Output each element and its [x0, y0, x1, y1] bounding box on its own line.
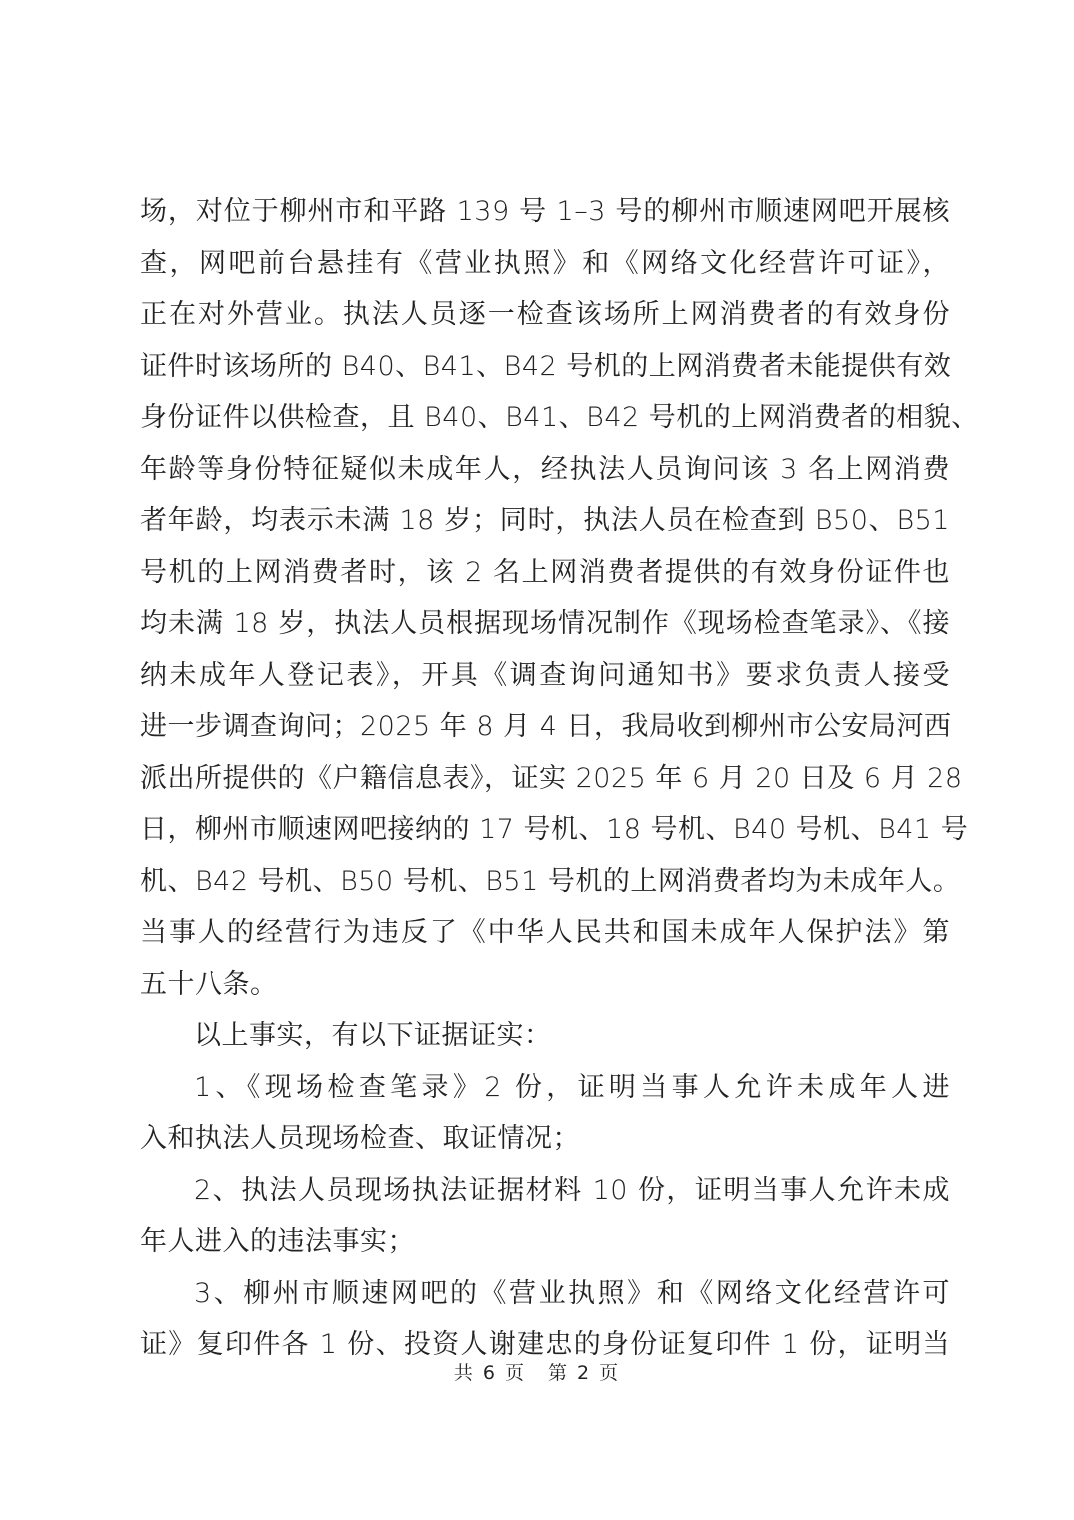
body-line-10: 纳未成年人登记表》，开具《调查询问通知书》要求负责人接受 — [140, 650, 950, 702]
body-line-14: 机、B42 号机、B50 号机、B51 号机的上网消费者均为未成年人。 — [140, 856, 950, 908]
body-line-4: 证件时该场所的 B40、B41、B42 号机的上网消费者未能提供有效 — [140, 341, 950, 393]
current-page-label: 第 2 页 — [548, 1358, 620, 1385]
body-line-3: 正在对外营业。执法人员逐一检查该场所上网消费者的有效身份 — [140, 289, 950, 341]
evidence-item-3-line-1: 3、柳州市顺速网吧的《营业执照》和《网络文化经营许可 — [140, 1268, 950, 1320]
body-line-2: 查，网吧前台悬挂有《营业执照》和《网络文化经营许可证》， — [140, 238, 950, 290]
evidence-item-2-line-1: 2、执法人员现场执法证据材料 10 份，证明当事人允许未成 — [140, 1165, 950, 1217]
evidence-intro-line: 以上事实，有以下证据证实： — [140, 1010, 950, 1062]
body-line-13: 日，柳州市顺速网吧接纳的 17 号机、18 号机、B40 号机、B41 号 — [140, 804, 950, 856]
body-line-5: 身份证件以供检查，且 B40、B41、B42 号机的上网消费者的相貌、 — [140, 392, 950, 444]
document-body: 场，对位于柳州市和平路 139 号 1–3 号的柳州市顺速网吧开展核 查，网吧前… — [140, 186, 950, 1371]
page-footer: 共 6 页第 2 页 — [0, 1358, 1074, 1385]
body-line-7: 者年龄，均表示未满 18 岁；同时，执法人员在检查到 B50、B51 — [140, 495, 950, 547]
evidence-item-1-line-1: 1、《现场检查笔录》2 份，证明当事人允许未成年人进 — [140, 1062, 950, 1114]
body-line-6: 年龄等身份特征疑似未成年人，经执法人员询问该 3 名上网消费 — [140, 444, 950, 496]
body-line-11: 进一步调查询问；2025 年 8 月 4 日，我局收到柳州市公安局河西 — [140, 701, 950, 753]
body-line-15: 当事人的经营行为违反了《中华人民共和国未成年人保护法》第 — [140, 907, 950, 959]
total-pages-label: 共 6 页 — [454, 1358, 526, 1385]
body-line-16: 五十八条。 — [140, 959, 950, 1011]
evidence-item-1-line-2: 入和执法人员现场检查、取证情况； — [140, 1113, 950, 1165]
body-line-8: 号机的上网消费者时，该 2 名上网消费者提供的有效身份证件也 — [140, 547, 950, 599]
evidence-item-2-line-2: 年人进入的违法事实； — [140, 1216, 950, 1268]
document-page: 场，对位于柳州市和平路 139 号 1–3 号的柳州市顺速网吧开展核 查，网吧前… — [0, 0, 1074, 1520]
body-line-9: 均未满 18 岁，执法人员根据现场情况制作《现场检查笔录》、《接 — [140, 598, 950, 650]
body-line-12: 派出所提供的《户籍信息表》，证实 2025 年 6 月 20 日及 6 月 28 — [140, 753, 950, 805]
body-line-1: 场，对位于柳州市和平路 139 号 1–3 号的柳州市顺速网吧开展核 — [140, 186, 950, 238]
